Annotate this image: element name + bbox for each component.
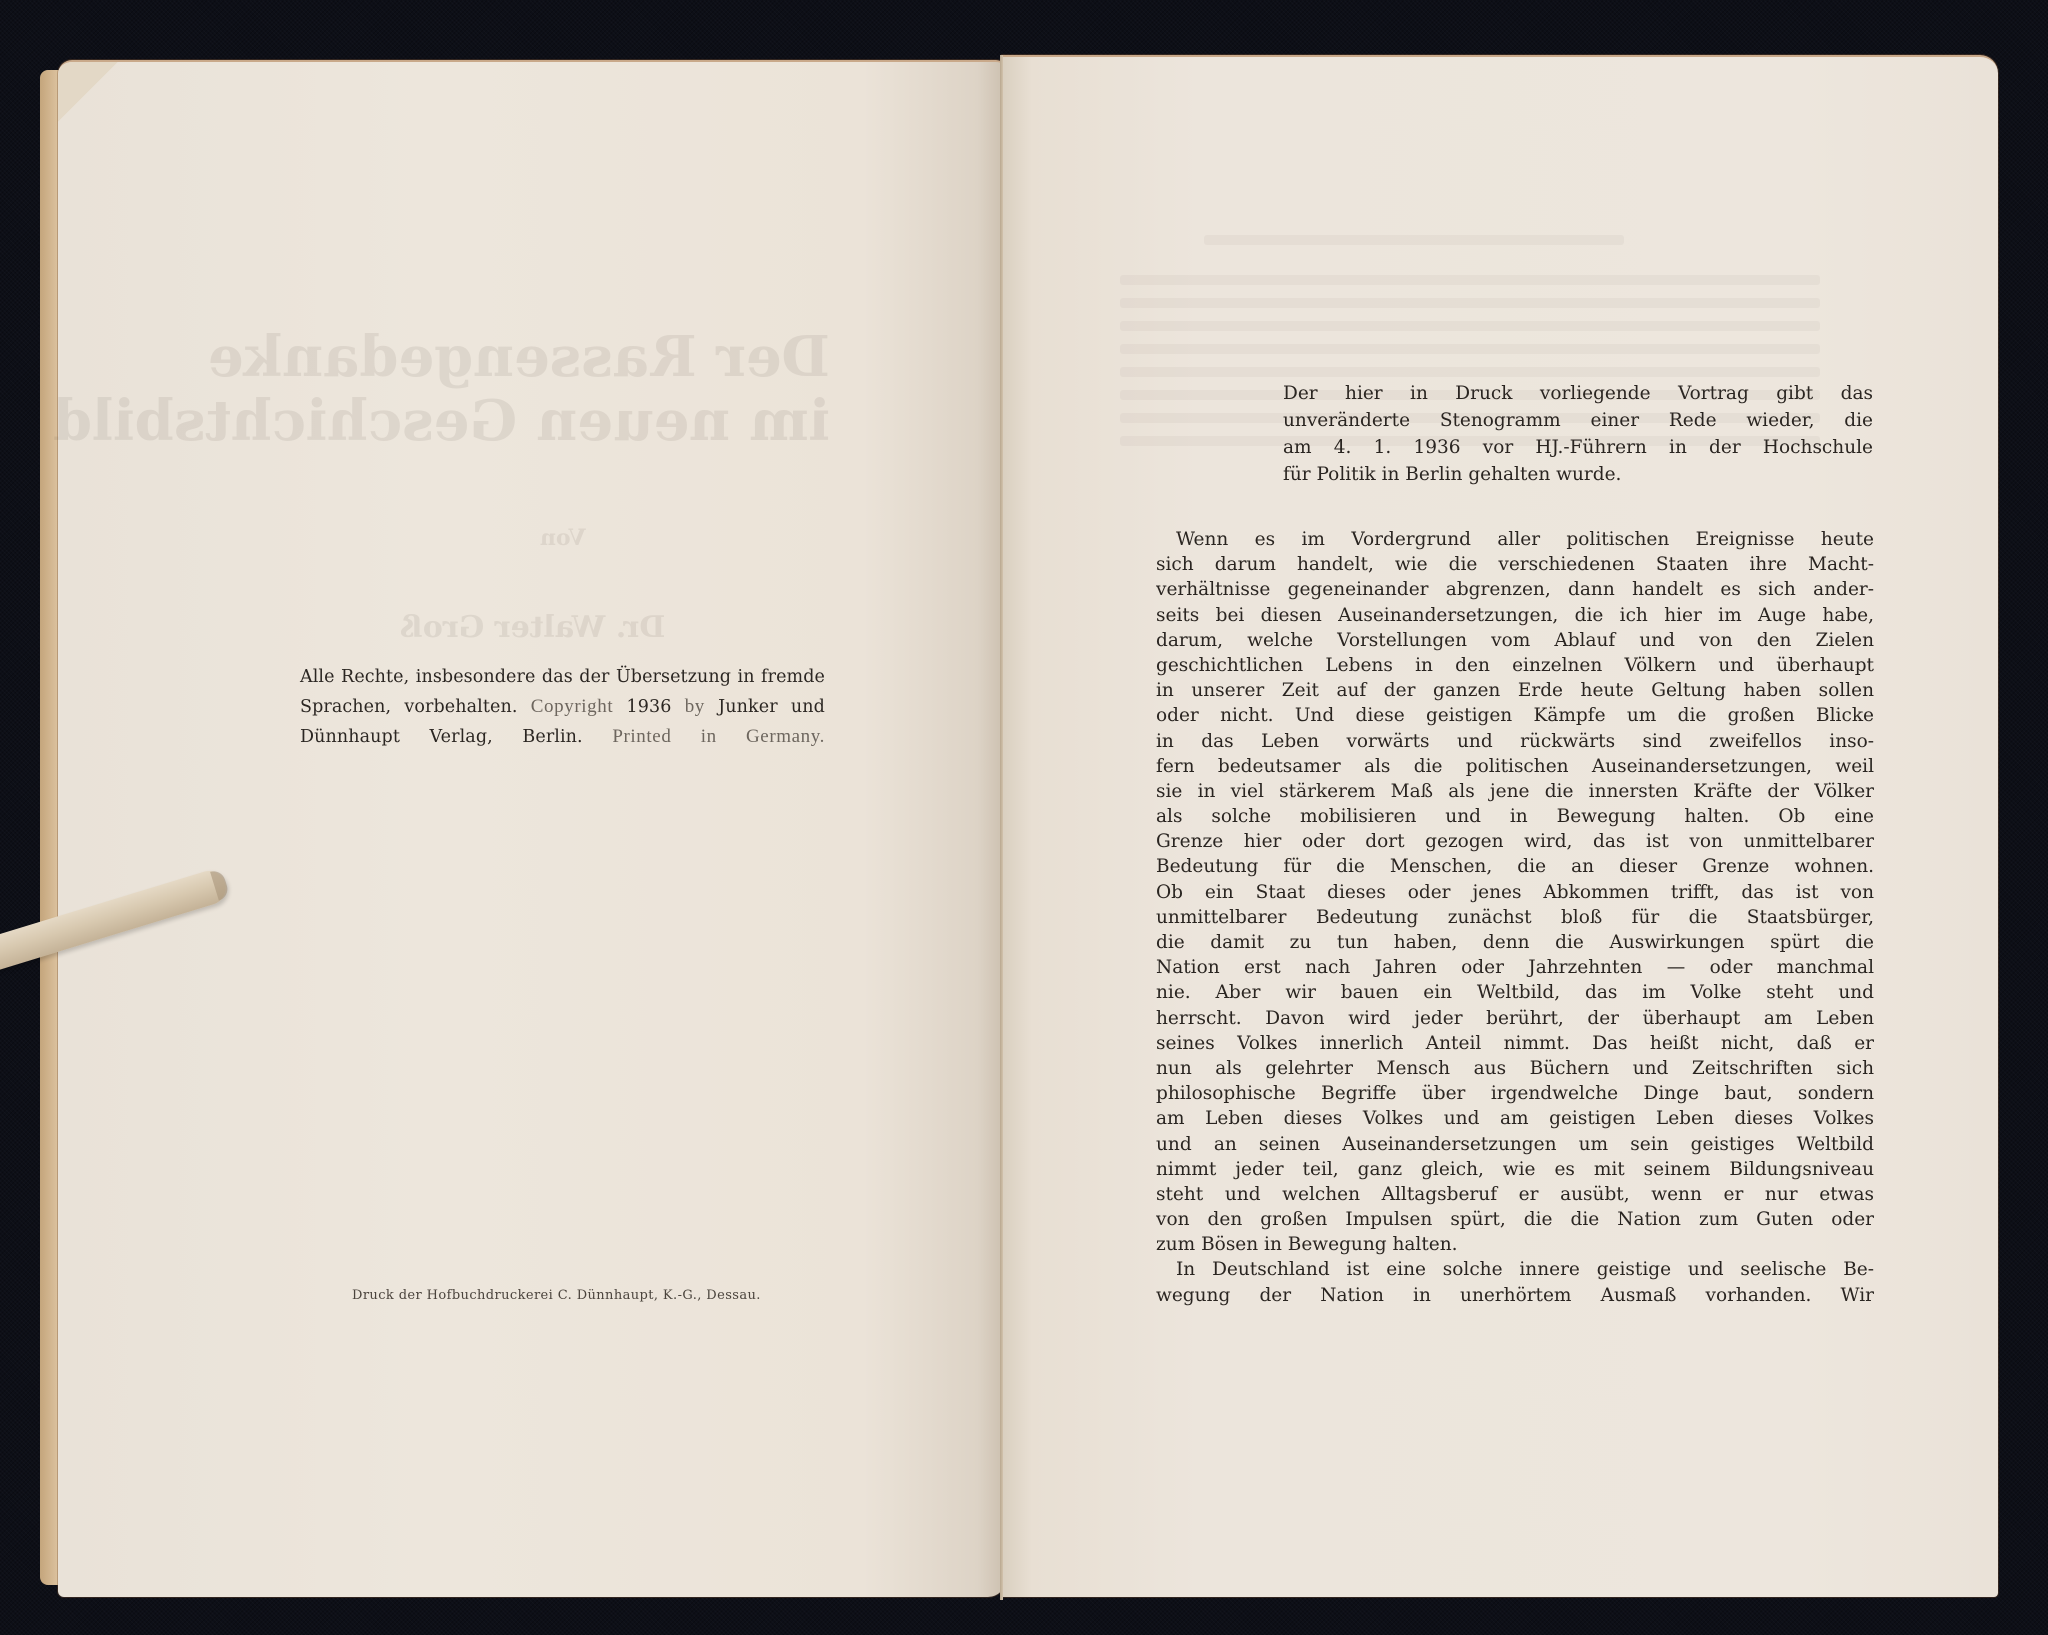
body-line: herrscht. Davon wird jeder berührt, der … [1156,1006,1874,1031]
body-line: Ob ein Staat dieses oder jenes Abkommen … [1156,880,1874,905]
preface-line: für Politik in Berlin gehalten wurde. [1283,461,1873,488]
body-line: wegung der Nation in unerhörtem Ausmaß v… [1156,1283,1874,1308]
rights-notice: Alle Rechte, insbesondere das der Überse… [300,662,825,752]
copyright-by: by [685,696,705,717]
preface-note: Der hier in Druck vorliegende Vortrag gi… [1283,380,1873,488]
show-through-title-line-2: im neuen Geschichtsbild [230,389,830,453]
body-line: Wenn es im Vordergrund aller politischen… [1156,527,1874,552]
body-line: geschichtlichen Lebens in den einzelnen … [1156,653,1874,678]
body-text: Wenn es im Vordergrund aller politischen… [1156,527,1874,1308]
show-through-running-head [1204,235,1624,245]
body-line: seits bei diesen Auseinandersetzungen, d… [1156,603,1874,628]
body-line: nun als gelehrter Mensch aus Büchern und… [1156,1056,1874,1081]
show-through-by-line: Von [540,525,586,551]
body-line: In Deutschland ist eine solche innere ge… [1156,1257,1874,1282]
page-corner-fold [58,62,118,122]
body-line: fern bedeutsamer als die politischen Aus… [1156,754,1874,779]
printer-imprint: Druck der Hofbuchdruckerei C. Dünnhaupt,… [352,1288,761,1303]
body-line: nimmt jeder teil, ganz gleich, wie es mi… [1156,1157,1874,1182]
body-line: Bedeutung für die Menschen, die an diese… [1156,854,1874,879]
body-line: steht und welchen Alltagsberuf er ausübt… [1156,1182,1874,1207]
copyright-year: 1936 [627,697,672,717]
body-line: philosophische Begriffe über irgendwelch… [1156,1081,1874,1106]
preface-line: Der hier in Druck vorliegende Vortrag gi… [1283,380,1873,407]
body-line: in das Leben vorwärts und rückwärts sind… [1156,729,1874,754]
body-line: sich darum handelt, wie die verschiedene… [1156,552,1874,577]
book-gutter [1000,55,1003,1600]
copyright-label: Copyright [531,696,613,717]
body-line: oder nicht. Und diese geistigen Kämpfe u… [1156,703,1874,728]
show-through-line [1120,321,1820,331]
body-line: nie. Aber wir bauen ein Weltbild, das im… [1156,980,1874,1005]
show-through-line [1120,298,1820,308]
printed-in-label: Printed in Germany. [612,726,825,747]
show-through-title-line-1: Der Rassengedanke [230,325,830,389]
show-through-line [1120,367,1820,377]
body-line: Nation erst nach Jahren oder Jahrzehnten… [1156,955,1874,980]
preface-line: unveränderte Stenogramm einer Rede wiede… [1283,407,1873,434]
body-line: von den großen Impulsen spürt, die die N… [1156,1207,1874,1232]
show-through-line [1120,344,1820,354]
preface-line: am 4. 1. 1936 vor HJ.-Führern in der Hoc… [1283,434,1873,461]
body-line: verhältnisse gegeneinander abgrenzen, da… [1156,577,1874,602]
body-line: die damit zu tun haben, denn die Auswirk… [1156,930,1874,955]
body-line: sie in viel stärkerem Maß als jene die i… [1156,779,1874,804]
body-line: als solche mobilisieren und in Bewegung … [1156,804,1874,829]
left-page [58,60,1006,1597]
body-line: in unserer Zeit auf der ganzen Erde heut… [1156,678,1874,703]
show-through-author: Dr. Walter Groß [400,610,665,645]
body-line: zum Bösen in Bewegung halten. [1156,1232,1874,1257]
body-line: Grenze hier oder dort gezogen wird, das … [1156,829,1874,854]
show-through-line [1120,275,1820,285]
body-line: und an seinen Auseinandersetzungen um se… [1156,1132,1874,1157]
show-through-title: Der Rassengedanke im neuen Geschichtsbil… [230,325,830,453]
body-line: darum, welche Vorstellungen vom Ablauf u… [1156,628,1874,653]
body-line: am Leben dieses Volkes und am geistigen … [1156,1106,1874,1131]
body-line: unmittelbarer Bedeutung zunächst bloß fü… [1156,905,1874,930]
body-line: seines Volkes innerlich Anteil nimmt. Da… [1156,1031,1874,1056]
